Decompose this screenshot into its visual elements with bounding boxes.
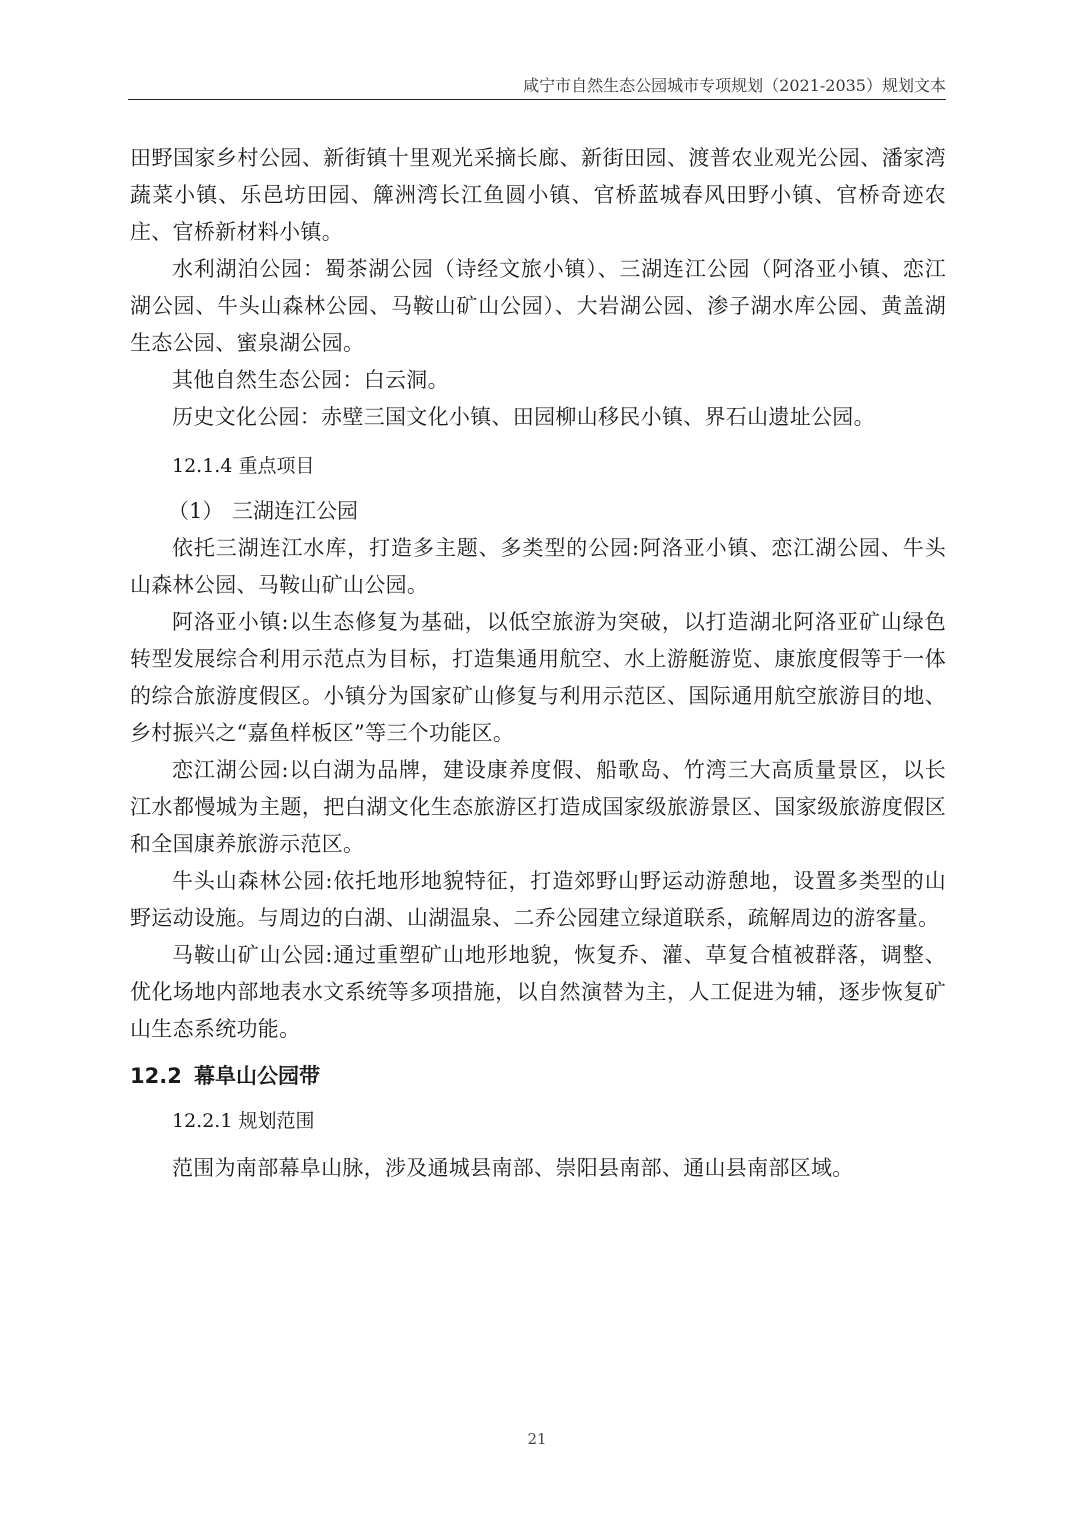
paragraph-other-parks: 其他自然生态公园：白云洞。 — [130, 362, 946, 399]
section-heading-122: 12.2幕阜山公园带 — [130, 1058, 946, 1095]
list-item-sanhu: （1）三湖连江公园 — [168, 493, 946, 530]
paragraph-scope: 范围为南部幕阜山脉，涉及通城县南部、崇阳县南部、通山县南部区域。 — [130, 1150, 946, 1187]
section-number: 12.2 — [130, 1058, 194, 1095]
subsection-heading-1214: 12.1.4 重点项目 — [172, 448, 946, 485]
list-item-number: （1） — [168, 493, 232, 530]
paragraph-sanhu-intro: 依托三湖连江水库，打造多主题、多类型的公园:阿洛亚小镇、恋江湖公园、牛头山森林公… — [130, 530, 946, 604]
paragraph-niutou: 牛头山森林公园:依托地形地貌特征，打造郊野山野运动游憩地，设置多类型的山野运动设… — [130, 863, 946, 937]
paragraph-maanshan: 马鞍山矿山公园:通过重塑矿山地形地貌，恢复乔、灌、草复合植被群落，调整、优化场地… — [130, 937, 946, 1048]
section-title: 幕阜山公园带 — [194, 1064, 320, 1088]
page-number: 21 — [0, 1430, 1074, 1448]
paragraph-rural-parks: 田野国家乡村公园、新街镇十里观光采摘长廊、新街田园、渡普农业观光公园、潘家湾蔬菜… — [130, 140, 946, 251]
paragraph-aloya: 阿洛亚小镇:以生态修复为基础，以低空旅游为突破，以打造湖北阿洛亚矿山绿色转型发展… — [130, 604, 946, 752]
list-item-label: 三湖连江公园 — [232, 499, 358, 523]
header-divider — [128, 99, 946, 100]
subsection-heading-1221: 12.2.1 规划范围 — [172, 1103, 946, 1140]
paragraph-lianjiang: 恋江湖公园:以白湖为品牌，建设康养度假、船歌岛、竹湾三大高质量景区，以长江水都慢… — [130, 752, 946, 863]
page-body: 田野国家乡村公园、新街镇十里观光采摘长廊、新街田园、渡普农业观光公园、潘家湾蔬菜… — [130, 140, 946, 1187]
running-header: 咸宁市自然生态公园城市专项规划（2021-2035）规划文本 — [128, 74, 946, 98]
paragraph-water-lake-parks: 水利湖泊公园：蜀茶湖公园（诗经文旅小镇）、三湖连江公园（阿洛亚小镇、恋江湖公园、… — [130, 251, 946, 362]
paragraph-historic-parks: 历史文化公园：赤壁三国文化小镇、田园柳山移民小镇、界石山遗址公园。 — [130, 399, 946, 436]
